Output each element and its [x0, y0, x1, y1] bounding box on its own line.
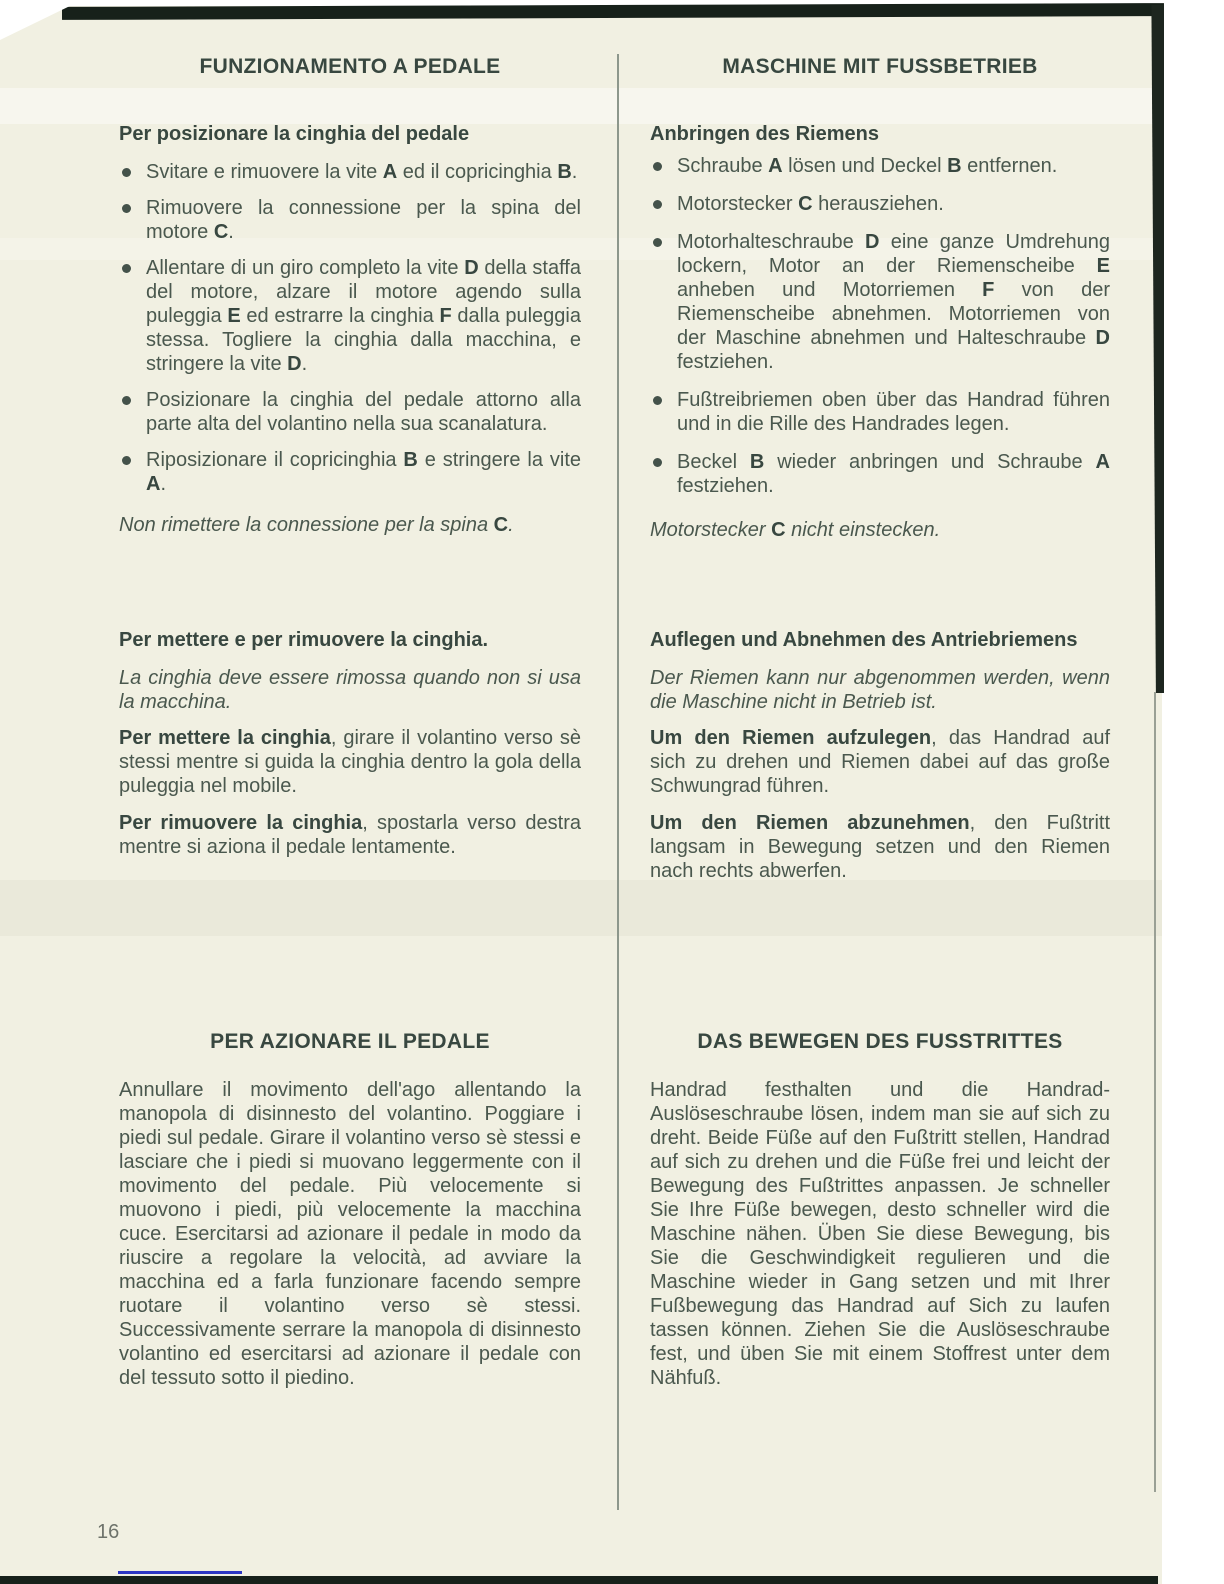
- right-edge-line: [1154, 692, 1156, 1492]
- bullet-text: Fußtreibriemen oben über das Handrad füh…: [677, 388, 1110, 436]
- bullet-list: Svitare e rimuovere la vite A ed il copr…: [119, 160, 581, 496]
- italic-intro: La cinghia deve essere rimossa quando no…: [119, 666, 581, 714]
- bullet-text: Riposizionare il copricinghia B e string…: [146, 448, 581, 496]
- body-paragraph: Annullare il movimento dell'ago allentan…: [119, 1078, 581, 1390]
- page-number: 16: [97, 1521, 119, 1544]
- bullet-text: Motorstecker C herausziehen.: [677, 192, 1110, 216]
- section-heading: Per mettere e per rimuovere la cinghia.: [119, 628, 581, 652]
- page-title-italian: FUNZIONAMENTO A PEDALE: [119, 55, 581, 79]
- paragraph: Per mettere la cinghia, girare il volant…: [119, 726, 581, 798]
- section-title: DAS BEWEGEN DES FUSSTRITTES: [650, 1030, 1110, 1054]
- scanned-manual-page: { "page_number": "16", "left": { "title"…: [0, 0, 1224, 1584]
- bullet-dot-icon: [122, 396, 131, 405]
- footer-blue-line: [118, 1571, 242, 1574]
- scan-corner-wedge: [0, 4, 74, 40]
- bullet-item: Svitare e rimuovere la vite A ed il copr…: [119, 160, 581, 184]
- paragraph: Per rimuovere la cinghia, spostarla vers…: [119, 811, 581, 859]
- bullet-text: Svitare e rimuovere la vite A ed il copr…: [146, 160, 581, 184]
- bullet-dot-icon: [653, 396, 662, 405]
- section-belt-usage-de: Auflegen und Abnehmen des Antriebriemens…: [650, 628, 1110, 883]
- bullet-item: Schraube A lösen und Deckel B entfernen.: [650, 154, 1110, 178]
- bullet-list: Schraube A lösen und Deckel B entfernen.…: [650, 154, 1110, 498]
- italic-note: Motorstecker C nicht einstecken.: [650, 518, 1110, 542]
- section-title: PER AZIONARE IL PEDALE: [119, 1030, 581, 1054]
- section-heading: Anbringen des Riemens: [650, 122, 1110, 146]
- bullet-text: Motorhalteschraube D eine ganze Umdrehun…: [677, 230, 1110, 374]
- section-pedal-operation-it: PER AZIONARE IL PEDALE Annullare il movi…: [119, 1030, 581, 1390]
- bullet-dot-icon: [653, 162, 662, 171]
- italic-intro: Der Riemen kann nur abgenommen werden, w…: [650, 666, 1110, 714]
- bottom-edge-scan-bar: [0, 1576, 1158, 1584]
- section-heading: Auflegen und Abnehmen des Antriebriemens: [650, 628, 1110, 652]
- paragraph: Um den Riemen abzunehmen, den Fußtritt l…: [650, 811, 1110, 883]
- body-paragraph: Handrad festhalten und die Handrad-Auslö…: [650, 1078, 1110, 1390]
- bullet-text: Rimuovere la connessione per la spina de…: [146, 196, 581, 244]
- bullet-item: Fußtreibriemen oben über das Handrad füh…: [650, 388, 1110, 436]
- bullet-dot-icon: [122, 264, 131, 273]
- section-belt-usage-it: Per mettere e per rimuovere la cinghia. …: [119, 628, 581, 859]
- bullet-item: Allentare di un giro completo la vite D …: [119, 256, 581, 376]
- bullet-text: Allentare di un giro completo la vite D …: [146, 256, 581, 376]
- bullet-item: Posizionare la cinghia del pedale attorn…: [119, 388, 581, 436]
- bullet-item: Beckel B wieder anbringen und Schraube A…: [650, 450, 1110, 498]
- section-treadle-de: DAS BEWEGEN DES FUSSTRITTES Handrad fest…: [650, 1030, 1110, 1390]
- page-title-german: MASCHINE MIT FUSSBETRIEB: [650, 55, 1110, 79]
- bullet-item: Riposizionare il copricinghia B e string…: [119, 448, 581, 496]
- bullet-item: Motorhalteschraube D eine ganze Umdrehun…: [650, 230, 1110, 374]
- section-position-belt-it: Per posizionare la cinghia del pedale Sv…: [119, 122, 581, 537]
- bullet-item: Rimuovere la connessione per la spina de…: [119, 196, 581, 244]
- bullet-dot-icon: [122, 168, 131, 177]
- bullet-dot-icon: [653, 200, 662, 209]
- section-attach-belt-de: Anbringen des Riemens Schraube A lösen u…: [650, 122, 1110, 542]
- german-column: MASCHINE MIT FUSSBETRIEB: [650, 55, 1110, 79]
- bullet-item: Motorstecker C herausziehen.: [650, 192, 1110, 216]
- bullet-dot-icon: [122, 204, 131, 213]
- bullet-text: Schraube A lösen und Deckel B entfernen.: [677, 154, 1110, 178]
- bullet-dot-icon: [653, 238, 662, 247]
- italic-note: Non rimettere la connessione per la spin…: [119, 513, 581, 537]
- bullet-text: Beckel B wieder anbringen und Schraube A…: [677, 450, 1110, 498]
- italian-column: FUNZIONAMENTO A PEDALE: [119, 55, 581, 79]
- bullet-dot-icon: [122, 456, 131, 465]
- bullet-text: Posizionare la cinghia del pedale attorn…: [146, 388, 581, 436]
- bullet-dot-icon: [653, 458, 662, 467]
- section-heading: Per posizionare la cinghia del pedale: [119, 122, 581, 146]
- paragraph: Um den Riemen aufzulegen, das Handrad au…: [650, 726, 1110, 798]
- column-divider: [617, 54, 619, 1510]
